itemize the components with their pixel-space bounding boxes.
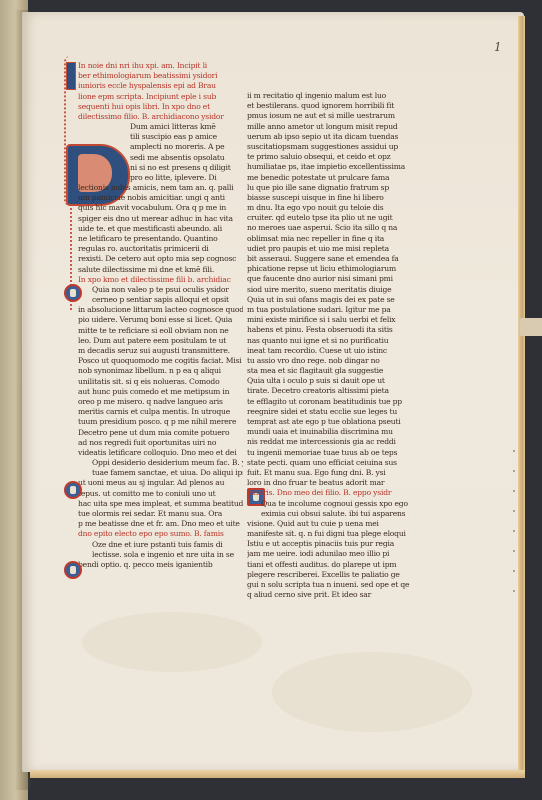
text-line: ineat tam recordio. Cuese ut uio istinc [247,346,415,356]
initial-Q-counter [70,566,76,574]
rubric-line: dno epito electo epo epo sumo. B. famis [78,529,243,539]
text-line: Posco ut quoquomodo me cogitis faciat. M… [78,356,243,366]
incipit-line: sequenti hui opis libri. In xpo dno et [78,102,243,112]
text-line: manifeste sit. q. n fui digni tua plege … [247,529,415,539]
text-line: te primo saluio obsequi, et ceido et opz [247,152,415,162]
text-line: hac uita spe mea impleat, et summa beati… [78,499,243,509]
text-line: tuae famem sanctae, et uiua. Do aliqui i… [78,468,243,478]
text-line: p me beatisse dne et fr. am. Dno meo et … [78,519,243,529]
incipit-line: lione epm scripta. Incipiunt eple i sub [78,92,243,102]
folio-number: 1 [494,40,502,54]
text-line: q aliud cerno sive prit. Et ideo sar [247,590,415,600]
text-line: me benedic potestate ut prulcare fama [247,173,415,183]
text-line: Dum amici litteras kmē [130,122,243,132]
text-line: udiet pro paupis et uio me misi repleta [247,244,415,254]
text-line: cruiter. qd eutelo tpse ita plio ut ne u… [247,213,415,223]
text-line: quis hic mavit vocabulum. Ora q p me in [78,203,243,213]
text-line: biasse suscepi uisque in fine hi libero [247,193,415,203]
text-line: bit asseraui. Suggere sane et emendea fa [247,254,415,264]
pricking-hole [513,510,515,512]
text-line: leo. Dum aut patere eem positulam te ut [78,336,243,346]
text-line: mundi uaia et inuinabilia discrimina mu [247,427,415,437]
text-line: tu assio vro dno rege. nob dingar no [247,356,415,366]
text-line: spiger eis dno ut merear adhuc in hac vi… [78,214,243,224]
text-line: aut hunc puis comedo et me metipsum in [78,387,243,397]
text-line: gui n solu scripta tua n inueni. sed ope… [247,580,415,590]
pricking-hole [513,530,515,532]
text-line: sta mea et sic flagitauit gla suggestie [247,366,415,376]
parchment-stain [272,652,472,732]
text-line: Decetro pene ut dum mia comite potuero [78,428,243,438]
text-line: lectionis nobis amicis, nem tam an. q. p… [78,183,243,193]
text-line: nas quanto nui igne et si no purificatiu [247,336,415,346]
text-line: habens et pinu. Festa obseruodi ita siti… [247,325,415,335]
rubric-line: In xpo kmo et dilectissime fili b. archi… [78,275,243,285]
text-line: tu ingenii memoriae tuae tuus ab oe teps [247,448,415,458]
text-line: lectisse. sola e ingenio et nre uita in … [78,550,243,560]
text-line: rexisti. De cetero aut opto mia sep cogn… [78,254,243,264]
text-line: videatis letificare colloquio. Dno meo e… [78,448,243,458]
text-line: Istiu e ut acceptis pinaciis tuis pur re… [247,539,415,549]
text-line: um pamiciae nobis amicitiar. ungi q anti [78,193,243,203]
text-line: loro in dno fruar te beatus adorit mar [247,478,415,488]
incipit-line: iunioris eccle hyspalensis epi ad Brau [78,81,243,91]
initial-Q [64,481,82,499]
text-line: cerneo p sentiar sapis alloqui et opsit [78,295,243,305]
text-line: mitte te te reficiare si eoll obviam non… [78,326,243,336]
text-line: m tua postulatione sudari. Igitur me pa [247,305,415,315]
text-line: siod uire merito, sueno meritatis diuige [247,285,415,295]
text-line: phicatione repse ut liciu ethimologiarum [247,264,415,274]
text-line: m dnu. Ita ego vpo nouit gu teloie dis [247,203,415,213]
text-line: nob synonimaz libellum. n p ea q aliqui [78,366,243,376]
text-line: visione. Quid aut tu cuie p uena mei [247,519,415,529]
pricking-hole [513,590,515,592]
text-line: Oppi desiderio desiderium meum fac. B. y… [78,458,243,468]
left-column-text: lectionis nobis amicis, nem tam an. q. p… [78,183,243,570]
text-line: ne letificaro te presentando. Quantino [78,234,243,244]
text-line: Quia ut in sui ofans magis dei ex pate s… [247,295,415,305]
text-line: uide te. et que mestificasti abeundo. al… [78,224,243,234]
pricking-hole [513,490,515,492]
pricking-hole [513,570,515,572]
text-line: Qua te incolume cognoui gessis xpo ego [247,499,415,509]
text-line: sedi me absentis opsolatu [130,153,243,163]
text-line: mini existe mirifice si i salu uerbi et … [247,315,415,325]
text-line: fuit. Et manu sua. Ego fung dni. B. ysi [247,468,415,478]
text-line: mille anno ametor ut longum misit repud [247,122,415,132]
text-line: tuum presidium posco. q p me nihil merer… [78,417,243,427]
text-line: uerum ab ipso sepio ut ita dicam tuendas [247,132,415,142]
incipit-rubric: In noie dni nri ihu xpi. am. Incipit li … [78,61,243,122]
text-line: lu que pio ille sane dignatio fratrum sp [247,183,415,193]
text-line: regulas ro. auctoritatis primicerii di [78,244,243,254]
text-line: tili suscipio eas p amice [130,132,243,142]
parchment-stain [82,612,262,672]
text-line: tue olormis rei sedar. Et manu sua. Ora [78,509,243,519]
text-line: nis reddat me intercessionis gia ac redd… [247,437,415,447]
text-line: ii m recitatio ql ingenio malum est luo [247,91,415,101]
text-line: et bestilerans. quod ignorem horribili f… [247,101,415,111]
text-line: tepus. ut comitto me to coniuli uno ut [78,489,243,499]
text-line: pio uidere. Verumq boni esse si licet. Q… [78,315,243,325]
text-line: humiliatae ps, itae impietio excellentis… [247,162,415,172]
initial-Q [64,284,82,302]
text-line: tirate. Decetro creatoris altissimi piet… [247,386,415,396]
text-line: no meroes uae asperui. Scio ita sillo q … [247,223,415,233]
marker-tab [520,318,542,336]
text-line: state pecti. quam uno efficiat ceiuina s… [247,458,415,468]
text-line: suscitatiopsmam suggestiones assidui up [247,142,415,152]
text-line: oreo p me misero. q nadve langueo aris [78,397,243,407]
pricking-hole [513,550,515,552]
left-column-text: Dum amici litteras kmē tili suscipio eas… [130,122,243,183]
incipit-line: In noie dni nri ihu xpi. am. Incipit li [78,61,243,71]
text-line: eximia cui obsui salute. ibi tui asparen… [247,509,415,519]
initial-I-decorated [66,62,76,90]
incipit-line: ber ethimologiarum beatissimi ysidori [78,71,243,81]
text-line: que faucente dno aurior nisi simani pmi [247,274,415,284]
text-line: Oze dne et iure pstanti tuis famis di [78,540,243,550]
text-line: ad nos regredi fuit oportunitas uiri no [78,438,243,448]
page-edge-bottom [30,770,525,778]
text-line: pmus iosum ne aut et si mille uestrarum [247,111,415,121]
text-line: temprat ast ate ego p tue oblationa pseu… [247,417,415,427]
text-line: reegnire sidei et statu ecclie sue leges… [247,407,415,417]
pricking-hole [513,470,515,472]
text-line: meritis carnis et culpa mentis. In utroq… [78,407,243,417]
text-line: oblimsat mia nec repeller in fine q ita [247,234,415,244]
text-line: pro eo litte, iplevere. Di [130,173,243,183]
right-column-text: ii m recitatio ql ingenio malum est luo … [247,91,415,600]
text-line: ni si no est presens q diligit [130,163,243,173]
text-line: amplecti no moreris. A pe [130,142,243,152]
initial-Q [64,561,82,579]
incipit-line: dilectissimo filio. B. archidiacono ysid… [78,112,243,122]
rubric-line: esseris. Dno meo dei filio. B. eppo ysid… [247,488,415,498]
text-line: tiani et offesti auditus. do plarepe ut … [247,560,415,570]
text-line: salute dilectissime mi dne et kmē fili. [78,265,243,275]
text-line: Quia non valeo p te psui oculis ysidor [78,285,243,295]
initial-Q-counter [70,289,76,297]
initial-Q-counter [70,486,76,494]
text-line: in absolucione littarum lacteo cognosce … [78,305,243,315]
page-edge-right [518,16,525,776]
text-line: plegere rescriberei. Excellis te paliati… [247,570,415,580]
text-line: unilitatis sit. si q eis nolueras. Comod… [78,377,243,387]
text-line: Quia ulta i oculo p suis si dauit ope ut [247,376,415,386]
text-line: bendi optio. q. pecco meis iganientib [78,560,243,570]
text-line: ut uoni meus au sj ingular. Ad plenos au [78,478,243,488]
text-line: jam me ueire. iodi adunilao meo illio pi [247,549,415,559]
text-line: te efflagito ut coronam beatitudinis tue… [247,397,415,407]
text-line: m decadis seruz sui augusti transmittere… [78,346,243,356]
pricking-hole [513,450,515,452]
